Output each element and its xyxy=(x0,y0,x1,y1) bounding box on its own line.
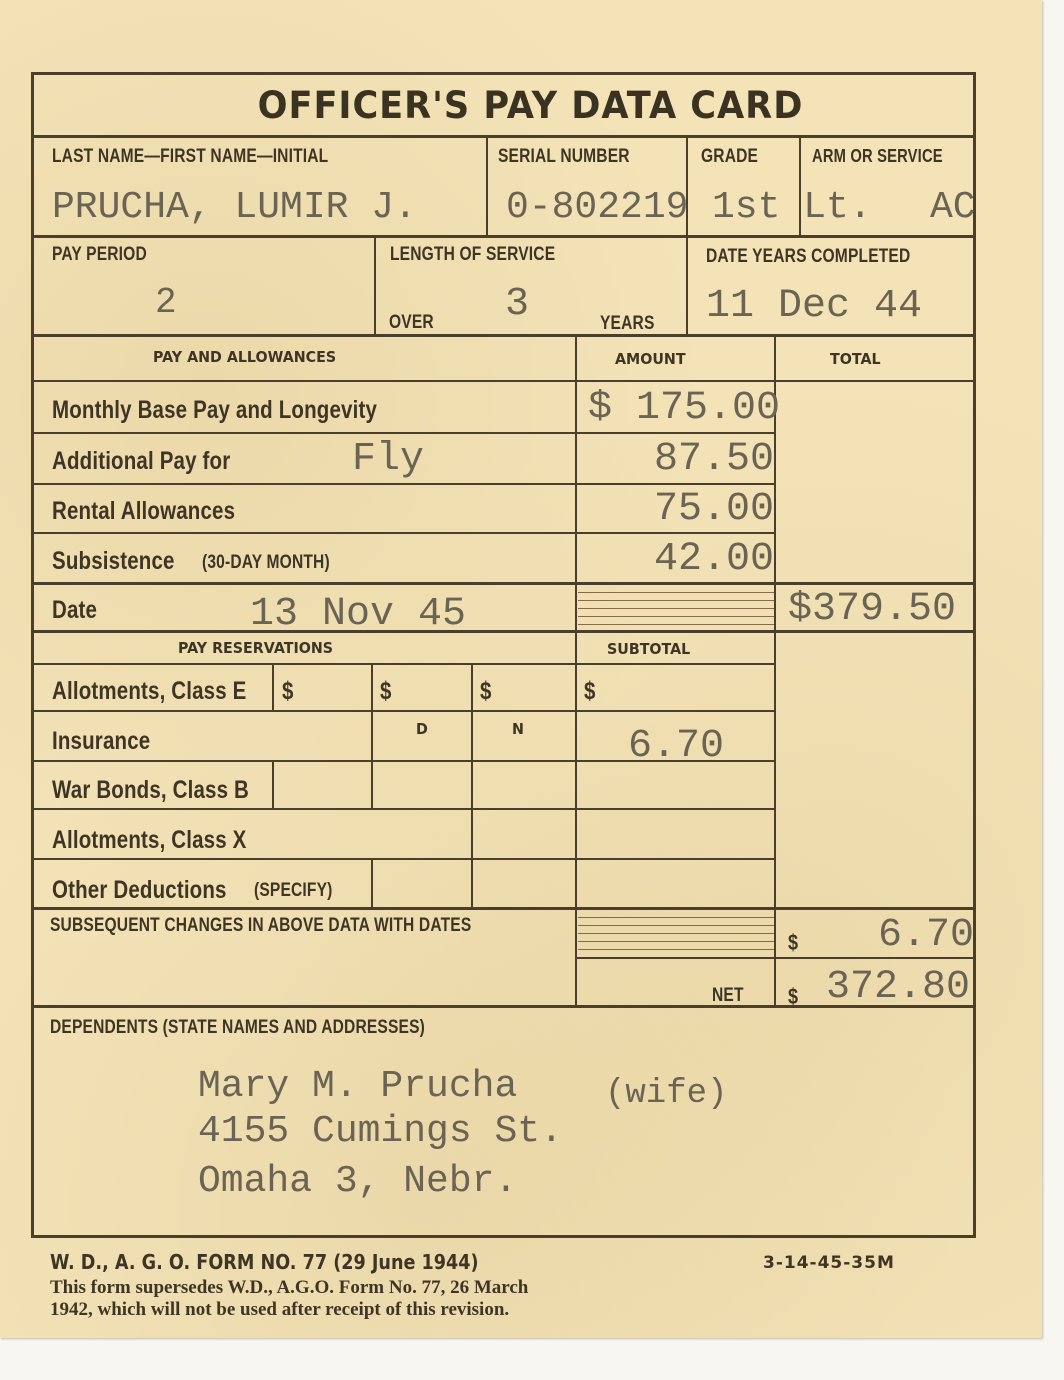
over-label: OVER xyxy=(389,312,434,334)
gross-total-field[interactable]: $379.50 xyxy=(788,587,956,632)
currency-symbol: $ xyxy=(788,930,798,956)
divider xyxy=(486,135,488,235)
pay-row-sublabel: (30-DAY MONTH) xyxy=(202,552,330,574)
supersede-note-line2: 1942, which will not be used after recei… xyxy=(50,1299,509,1321)
insurance-n-label: N xyxy=(512,720,524,738)
divider xyxy=(31,432,776,434)
divider xyxy=(272,663,274,711)
divider xyxy=(31,710,776,712)
reservation-cell[interactable]: $ xyxy=(282,677,294,706)
name-label: LAST NAME—FIRST NAME—INITIAL xyxy=(52,146,328,168)
currency-symbol: $ xyxy=(788,984,798,1010)
pay-row-amount[interactable]: 87.50 xyxy=(654,437,774,482)
divider xyxy=(471,663,473,908)
reservation-row-label: Allotments, Class X xyxy=(52,826,247,855)
divider xyxy=(31,380,976,382)
pay-allowances-header: PAY AND ALLOWANCES xyxy=(153,348,336,366)
serial-field[interactable]: 0-802219 xyxy=(506,186,688,229)
pay-period-field[interactable]: 2 xyxy=(155,282,177,323)
divider xyxy=(31,907,976,910)
date-label: Date xyxy=(52,596,97,625)
form-id: W. D., A. G. O. FORM NO. 77 (29 June 194… xyxy=(50,1250,479,1274)
divider xyxy=(31,532,776,534)
print-code: 3-14-45-35M xyxy=(763,1253,895,1273)
form-title: OFFICER'S PAY DATA CARD xyxy=(26,84,1016,127)
arm-label: ARM OR SERVICE xyxy=(812,146,943,167)
pay-row-label: Rental Allowances xyxy=(52,497,235,526)
dependent-street[interactable]: 4155 Cumings St. xyxy=(198,1110,563,1153)
pay-period-label: PAY PERIOD xyxy=(52,244,147,266)
reservation-cell[interactable]: $ xyxy=(480,677,492,706)
pay-row-amount[interactable]: $ 175.00 xyxy=(588,386,780,431)
insurance-d-label: D xyxy=(416,720,428,738)
dependents-label: DEPENDENTS (STATE NAMES AND ADDRESSES) xyxy=(50,1017,425,1039)
dependent-city[interactable]: Omaha 3, Nebr. xyxy=(198,1160,517,1203)
additional-pay-type-field[interactable]: Fly xyxy=(352,437,424,482)
subtotal-header: SUBTOTAL xyxy=(607,640,690,658)
dependent-relation[interactable]: (wife) xyxy=(605,1075,727,1113)
dependent-name[interactable]: Mary M. Prucha xyxy=(198,1065,517,1108)
date-years-completed-label: DATE YEARS COMPLETED xyxy=(706,246,910,268)
reservation-cell[interactable]: $ xyxy=(380,677,392,706)
divider xyxy=(31,135,976,138)
name-field[interactable]: PRUCHA, LUMIR J. xyxy=(52,186,417,229)
arm-field[interactable]: AC xyxy=(930,186,976,229)
pay-row-amount[interactable]: 75.00 xyxy=(654,487,774,532)
net-label: NET xyxy=(712,985,744,1007)
insurance-subtotal-field[interactable]: 6.70 xyxy=(628,724,724,769)
divider xyxy=(31,808,776,810)
pay-reservations-header: PAY RESERVATIONS xyxy=(178,639,333,657)
supersede-note-line1: This form supersedes W.D., A.G.O. Form N… xyxy=(50,1277,528,1299)
amount-header: AMOUNT xyxy=(615,350,686,368)
divider xyxy=(31,483,776,485)
date-years-completed-field[interactable]: 11 Dec 44 xyxy=(706,284,922,329)
reservation-row-label: Allotments, Class E xyxy=(52,677,247,706)
divider xyxy=(31,858,776,860)
pay-data-card: OFFICER'S PAY DATA CARD LAST NAME—FIRST … xyxy=(0,0,1042,1338)
serial-label: SERIAL NUMBER xyxy=(498,146,630,168)
years-label: YEARS xyxy=(600,313,655,335)
hatched-box xyxy=(578,585,774,629)
divider xyxy=(575,334,577,1006)
net-pay-field[interactable]: 372.80 xyxy=(826,965,970,1010)
divider xyxy=(374,235,376,335)
pay-row-label: Additional Pay for xyxy=(52,447,230,476)
length-of-service-field[interactable]: 3 xyxy=(505,282,529,327)
divider xyxy=(371,858,373,908)
reservation-cell[interactable]: $ xyxy=(584,677,596,706)
grade-field[interactable]: 1st Lt. xyxy=(712,186,872,229)
pay-row-amount[interactable]: 42.00 xyxy=(654,537,774,582)
divider xyxy=(31,334,976,337)
grade-label: GRADE xyxy=(701,146,758,168)
date-field[interactable]: 13 Nov 45 xyxy=(250,592,466,637)
divider xyxy=(31,663,776,665)
divider xyxy=(272,760,274,808)
hatched-box xyxy=(578,910,774,956)
divider xyxy=(31,582,976,585)
reservation-row-label: Insurance xyxy=(52,727,150,756)
divider xyxy=(31,235,976,238)
total-header: TOTAL xyxy=(830,350,881,368)
reservation-row-label: Other Deductions xyxy=(52,876,227,905)
divider xyxy=(686,135,688,335)
subsequent-changes-label: SUBSEQUENT CHANGES IN ABOVE DATA WITH DA… xyxy=(50,915,471,937)
divider xyxy=(371,663,373,809)
pay-row-label: Subsistence xyxy=(52,547,175,576)
divider xyxy=(774,334,776,1006)
pay-row-label: Monthly Base Pay and Longevity xyxy=(52,396,377,425)
reservation-row-label: War Bonds, Class B xyxy=(52,776,249,805)
length-of-service-label: LENGTH OF SERVICE xyxy=(390,244,555,266)
deduction-total-field[interactable]: 6.70 xyxy=(878,913,974,958)
reservation-row-sublabel: (SPECIFY) xyxy=(254,880,333,902)
